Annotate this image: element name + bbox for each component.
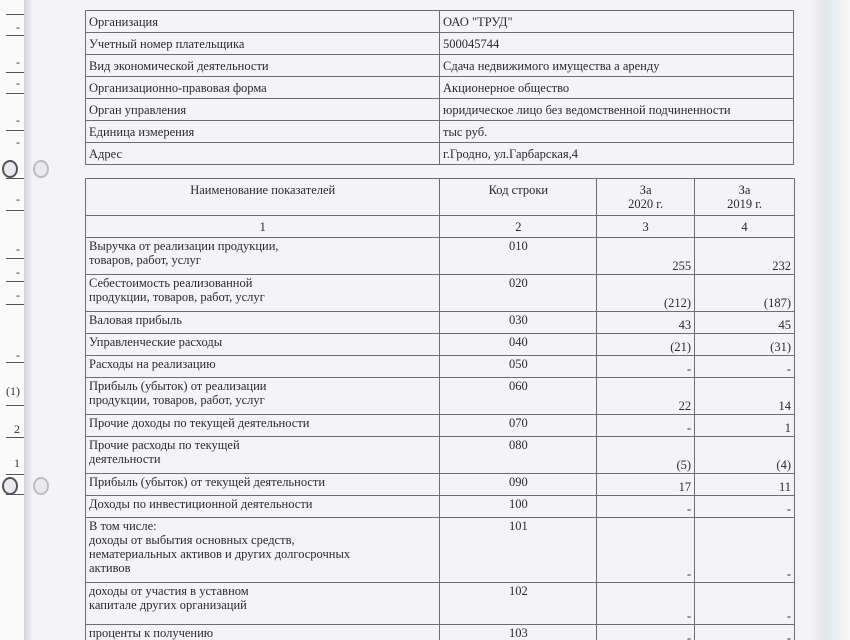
margin-mark: - — [16, 348, 20, 363]
margin-mark: - — [16, 76, 20, 91]
punch-hole — [33, 477, 49, 495]
table-row: Валовая прибыль0304345 — [86, 312, 795, 334]
info-label: Организационно-правовая форма — [86, 77, 440, 99]
value-2020: (212) — [597, 275, 695, 312]
value-2019: (4) — [695, 437, 795, 474]
info-label: Вид экономической деятельности — [86, 55, 440, 77]
info-value: ОАО "ТРУД" — [440, 11, 794, 33]
value-2019: 1 — [695, 415, 795, 437]
margin-mark: - — [16, 265, 20, 280]
value-2019: (187) — [695, 275, 795, 312]
margin-rule — [6, 130, 24, 131]
table-row: Расходы на реализацию050-- — [86, 356, 795, 378]
line-code: 070 — [440, 415, 597, 437]
info-row: Орган управленияюридическое лицо без вед… — [86, 99, 794, 121]
table-row: Доходы по инвестиционной деятельности100… — [86, 496, 795, 518]
indicator-name: Управленческие расходы — [86, 334, 440, 356]
table-row: Прибыль (убыток) от текущей деятельности… — [86, 474, 795, 496]
info-row: Адресг.Гродно, ул.Гарбарская,4 — [86, 143, 794, 165]
column-number: 3 — [597, 216, 695, 238]
margin-mark: - — [16, 113, 20, 128]
margin-rule — [6, 437, 24, 438]
indicator-name: Выручка от реализации продукции, товаров… — [86, 238, 440, 275]
info-row: Единица измерениятыс руб. — [86, 121, 794, 143]
line-code: 030 — [440, 312, 597, 334]
value-2020: (5) — [597, 437, 695, 474]
value-2019: - — [695, 625, 795, 640]
value-2019: 232 — [695, 238, 795, 275]
value-2020: - — [597, 356, 695, 378]
margin-mark: (1) — [6, 384, 20, 399]
indicator-name: Расходы на реализацию — [86, 356, 440, 378]
margin-rule — [6, 35, 24, 36]
margin-rule — [6, 178, 24, 179]
page-edge-shadow — [810, 0, 850, 640]
margin-rule — [6, 93, 24, 94]
table-row: Выручка от реализации продукции, товаров… — [86, 238, 795, 275]
value-2019: - — [695, 518, 795, 583]
info-value: юридическое лицо без ведомственной подчи… — [440, 99, 794, 121]
value-2019: - — [695, 496, 795, 518]
line-code: 100 — [440, 496, 597, 518]
line-code: 090 — [440, 474, 597, 496]
punch-hole — [2, 477, 18, 495]
value-2019: (31) — [695, 334, 795, 356]
value-2020: 22 — [597, 378, 695, 415]
margin-mark: - — [16, 192, 20, 207]
table-header-row: Наименование показателей Код строки За 2… — [86, 179, 795, 216]
table-row: Себестоимость реализованной продукции, т… — [86, 275, 795, 312]
table-row: В том числе: доходы от выбытия основных … — [86, 518, 795, 583]
header-indicator-name: Наименование показателей — [86, 179, 440, 216]
value-2019: - — [695, 583, 795, 625]
value-2020: - — [597, 625, 695, 640]
info-label: Единица измерения — [86, 121, 440, 143]
header-period-2019: За 2019 г. — [695, 179, 795, 216]
info-row: Учетный номер плательщика500045744 — [86, 33, 794, 55]
margin-rule — [6, 281, 24, 282]
line-code: 010 — [440, 238, 597, 275]
info-label: Адрес — [86, 143, 440, 165]
table-row: Управленческие расходы040(21)(31) — [86, 334, 795, 356]
margin-rule — [6, 14, 24, 15]
value-2020: - — [597, 496, 695, 518]
line-code: 050 — [440, 356, 597, 378]
margin-rule — [6, 304, 24, 305]
value-2020: - — [597, 415, 695, 437]
margin-mark: - — [16, 55, 20, 70]
page-fold-shadow — [25, 0, 33, 640]
info-label: Учетный номер плательщика — [86, 33, 440, 55]
column-number-row: 1 2 3 4 — [86, 216, 795, 238]
margin-mark: 1 — [14, 456, 20, 471]
value-2019: 45 — [695, 312, 795, 334]
header-line-code: Код строки — [440, 179, 597, 216]
info-label: Орган управления — [86, 99, 440, 121]
indicator-name: Себестоимость реализованной продукции, т… — [86, 275, 440, 312]
info-row: Организационно-правовая формаАкционерное… — [86, 77, 794, 99]
table-row: Прочие расходы по текущей деятельности08… — [86, 437, 795, 474]
margin-mark: - — [16, 135, 20, 150]
margin-rule — [6, 72, 24, 73]
value-2020: (21) — [597, 334, 695, 356]
info-value: тыс руб. — [440, 121, 794, 143]
punch-hole — [2, 160, 18, 178]
indicator-name: В том числе: доходы от выбытия основных … — [86, 518, 440, 583]
organization-info-table: ОрганизацияОАО "ТРУД"Учетный номер плате… — [85, 10, 794, 165]
line-code: 020 — [440, 275, 597, 312]
previous-page-margin: - - - - - - - - - - (1) 2 1 — [0, 0, 25, 640]
info-row: Вид экономической деятельностиСдача недв… — [86, 55, 794, 77]
value-2020: - — [597, 583, 695, 625]
punch-hole — [33, 160, 49, 178]
info-value: Акционерное общество — [440, 77, 794, 99]
value-2019: 11 — [695, 474, 795, 496]
line-code: 060 — [440, 378, 597, 415]
indicator-name: Валовая прибыль — [86, 312, 440, 334]
line-code: 040 — [440, 334, 597, 356]
margin-rule — [6, 210, 24, 211]
value-2020: 255 — [597, 238, 695, 275]
line-code: 102 — [440, 583, 597, 625]
line-code: 101 — [440, 518, 597, 583]
header-period-2020: За 2020 г. — [597, 179, 695, 216]
margin-mark: - — [16, 20, 20, 35]
column-number: 4 — [695, 216, 795, 238]
indicator-name: Прочие доходы по текущей деятельности — [86, 415, 440, 437]
margin-mark: 2 — [14, 422, 20, 437]
table-row: Прочие доходы по текущей деятельности070… — [86, 415, 795, 437]
indicator-name: Доходы по инвестиционной деятельности — [86, 496, 440, 518]
value-2019: - — [695, 356, 795, 378]
indicator-name: проценты к получению — [86, 625, 440, 640]
line-code: 103 — [440, 625, 597, 640]
value-2020: 43 — [597, 312, 695, 334]
margin-mark: - — [16, 288, 20, 303]
line-code: 080 — [440, 437, 597, 474]
profit-loss-report-table: Наименование показателей Код строки За 2… — [85, 178, 795, 640]
info-row: ОрганизацияОАО "ТРУД" — [86, 11, 794, 33]
table-row: Прибыль (убыток) от реализации продукции… — [86, 378, 795, 415]
margin-rule — [6, 474, 24, 475]
value-2020: 17 — [597, 474, 695, 496]
table-row: доходы от участия в уставном капитале др… — [86, 583, 795, 625]
margin-rule — [6, 362, 24, 363]
indicator-name: Прочие расходы по текущей деятельности — [86, 437, 440, 474]
indicator-name: доходы от участия в уставном капитале др… — [86, 583, 440, 625]
column-number: 1 — [86, 216, 440, 238]
value-2019: 14 — [695, 378, 795, 415]
margin-rule — [6, 258, 24, 259]
info-label: Организация — [86, 11, 440, 33]
value-2020: - — [597, 518, 695, 583]
indicator-name: Прибыль (убыток) от текущей деятельности — [86, 474, 440, 496]
margin-rule — [6, 405, 24, 406]
margin-mark: - — [16, 242, 20, 257]
info-value: Сдача недвижимого имущества а аренду — [440, 55, 794, 77]
info-value: 500045744 — [440, 33, 794, 55]
indicator-name: Прибыль (убыток) от реализации продукции… — [86, 378, 440, 415]
table-row: проценты к получению103-- — [86, 625, 795, 640]
info-value: г.Гродно, ул.Гарбарская,4 — [440, 143, 794, 165]
column-number: 2 — [440, 216, 597, 238]
